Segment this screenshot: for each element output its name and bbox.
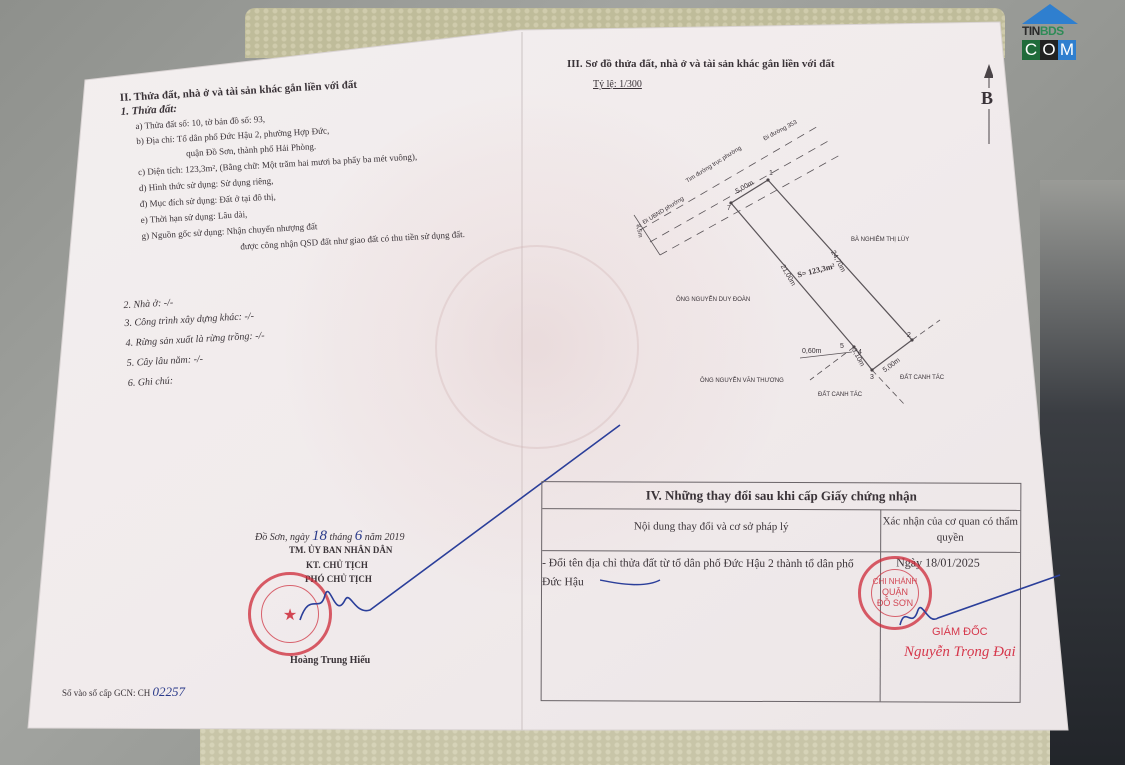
neighbor-north-east: BÀ NGHIÊM THỊ LÙY xyxy=(851,237,909,243)
point-3: 3 xyxy=(870,374,874,381)
point-4: 4 xyxy=(858,349,862,356)
signer-name-right: Nguyễn Trọng Đại xyxy=(904,644,1016,661)
col-confirmation-header: Xác nhận của cơ quan có thẩm quyền xyxy=(880,513,1020,545)
signer-title-right: GIÁM ĐỐC xyxy=(932,626,988,638)
tinbds-logo: TINBDS C O M xyxy=(1020,4,1080,62)
signature-dai xyxy=(600,570,1070,640)
house-roof-icon xyxy=(1022,4,1078,24)
logo-line1: TINBDS xyxy=(1022,24,1064,38)
point-7: 7 xyxy=(727,205,731,212)
point-1: 1 xyxy=(769,170,773,177)
point-5: 5 xyxy=(840,343,844,350)
changes-table-title: IV. Những thay đổi sau khi cấp Giấy chứn… xyxy=(542,482,1020,511)
changes-table-header: Nội dung thay đổi và cơ sở pháp lý Xác n… xyxy=(542,508,1020,553)
col-content-header: Nội dung thay đổi và cơ sở pháp lý xyxy=(542,520,880,533)
neighbor-south-west: ÔNG NGUYỄN VĂN THƯƠNG xyxy=(700,378,784,384)
point-2: 2 xyxy=(907,332,911,339)
neighbor-farmland-east: ĐẤT CANH TÁC xyxy=(900,375,944,381)
logo-line2: C O M xyxy=(1022,40,1076,60)
neighbor-farmland-south: ĐẤT CANH TÁC xyxy=(818,392,862,398)
neighbor-west: ÔNG NGUYỄN DUY ĐOÀN xyxy=(676,297,750,303)
dim-jog: 0,60m xyxy=(802,348,821,355)
